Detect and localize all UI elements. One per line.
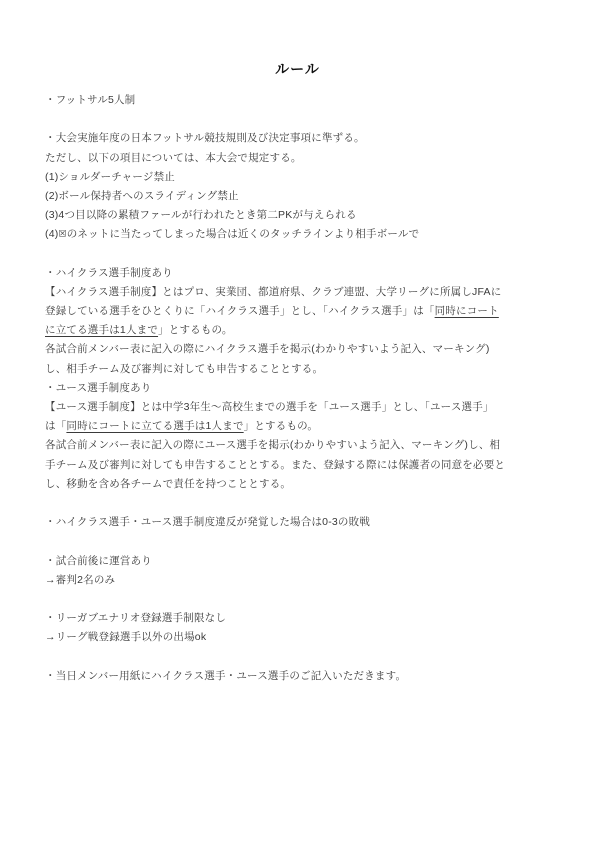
text-segment: →リーグ戦登録選手以外の出場ok (45, 631, 206, 643)
text-line: (1)ショルダーチャージ禁止 (45, 168, 555, 187)
text-segment: ・ハイクラス選手制度あり (45, 267, 173, 279)
blank-line (45, 532, 555, 551)
text-segment: は「 (45, 420, 66, 432)
text-line: 各試合前メンバー表に記入の際にハイクラス選手を掲示(わかりやすいよう記入、マーキ… (45, 340, 555, 359)
text-line: ・フットサル5人制 (45, 91, 555, 110)
text-segment: 」とするもの。 (158, 324, 232, 336)
text-line: →審判2名のみ (45, 571, 555, 590)
text-line: 【ハイクラス選手制度】とはプロ、実業団、都道府県、クラブ連盟、大学リーグに所属し… (45, 283, 555, 302)
text-line: 手チーム及び審判に対しても申告することとする。また、登録する際には保護者の同意を… (45, 456, 555, 475)
document-title: ルール (0, 59, 595, 79)
text-line: ・ハイクラス選手・ユース選手制度違反が発覚した場合は0-3の敗戦 (45, 513, 555, 532)
blank-line (45, 245, 555, 264)
text-line: に立てる選手は1人まで」とするもの。 (45, 321, 555, 340)
text-segment: のネットに当たってしまった場合は近くのタッチラインより相手ボールで (67, 228, 420, 240)
text-line: 登録している選手をひとくりに「ハイクラス選手」とし、「ハイクラス選手」は「同時に… (45, 302, 555, 321)
text-segment: 各試合前メンバー表に記入の際にハイクラス選手を掲示(わかりやすいよう記入、マーキ… (45, 343, 490, 355)
text-line: ・当日メンバー用紙にハイクラス選手・ユース選手のご記入いただきます。 (45, 667, 555, 686)
text-line: し、移動を含め各チームで責任を持つこととする。 (45, 475, 555, 494)
text-segment: →審判2名のみ (45, 574, 115, 586)
text-line: (3)4つ目以降の累積ファールが行われたとき第二PKが与えられる (45, 206, 555, 225)
text-line: し、相手チーム及び審判に対しても申告することとする。 (45, 360, 555, 379)
text-segment: し、移動を含め各チームで責任を持つこととする。 (45, 478, 291, 490)
text-segment: ・試合前後に運営あり (45, 555, 152, 567)
text-segment: ・フットサル5人制 (45, 94, 135, 106)
document-body: ・フットサル5人制・大会実施年度の日本フットサル競技規則及び決定事項に準ずる。た… (45, 91, 555, 686)
text-line: (4)☒のネットに当たってしまった場合は近くのタッチラインより相手ボールで (45, 225, 555, 244)
text-segment: (1)ショルダーチャージ禁止 (45, 171, 175, 183)
text-segment: (3)4つ目以降の累積ファールが行われたとき第二PKが与えられる (45, 209, 357, 221)
text-segment: 登録している選手をひとくりに「ハイクラス選手」とし、「ハイクラス選手」は「 (45, 305, 435, 317)
text-segment: ・リーガブエナリオ登録選手制限なし (45, 612, 226, 624)
text-segment: ・大会実施年度の日本フットサル競技規則及び決定事項に準ずる。 (45, 132, 365, 144)
text-line: ・ハイクラス選手制度あり (45, 264, 555, 283)
text-line: ・大会実施年度の日本フットサル競技規則及び決定事項に準ずる。 (45, 129, 555, 148)
text-line: ただし、以下の項目については、本大会で規定する。 (45, 149, 555, 168)
text-line: 各試合前メンバー表に記入の際にユース選手を掲示(わかりやすいよう記入、マーキング… (45, 436, 555, 455)
text-segment: し、相手チーム及び審判に対しても申告することとする。 (45, 363, 323, 375)
text-line: →リーグ戦登録選手以外の出場ok (45, 628, 555, 647)
blank-line (45, 494, 555, 513)
text-line: (2)ボール保持者へのスライディング禁止 (45, 187, 555, 206)
underlined-text: 同時にコート (435, 305, 499, 317)
text-segment: 」とするもの。 (244, 420, 318, 432)
text-segment: ・ハイクラス選手・ユース選手制度違反が発覚した場合は0-3の敗戦 (45, 516, 370, 528)
text-segment: (4) (45, 228, 58, 240)
blank-line (45, 590, 555, 609)
text-line: 【ユース選手制度】とは中学3年生〜高校生までの選手を「ユース選手」とし、「ユース… (45, 398, 555, 417)
text-segment: ・ユース選手制度あり (45, 382, 151, 394)
text-segment: 【ユース選手制度】とは中学3年生〜高校生までの選手を「ユース選手」とし、「ユース… (45, 401, 494, 413)
text-segment: (2)ボール保持者へのスライディング禁止 (45, 190, 239, 202)
missing-glyph-box: ☒ (58, 229, 66, 239)
text-segment: 手チーム及び審判に対しても申告することとする。また、登録する際には保護者の同意を… (45, 459, 505, 471)
text-line: は「同時にコートに立てる選手は1人まで」とするもの。 (45, 417, 555, 436)
underlined-text: に立てる選手は1人まで (45, 324, 158, 336)
text-segment: 各試合前メンバー表に記入の際にユース選手を掲示(わかりやすいよう記入、マーキング… (45, 439, 500, 451)
document-page: ルール ・フットサル5人制・大会実施年度の日本フットサル競技規則及び決定事項に準… (0, 0, 595, 841)
underlined-text: 同時にコートに立てる選手は1人まで (66, 420, 243, 432)
text-segment: 【ハイクラス選手制度】とはプロ、実業団、都道府県、クラブ連盟、大学リーグに所属し… (45, 286, 501, 298)
text-segment: ただし、以下の項目については、本大会で規定する。 (45, 152, 302, 164)
text-line: ・リーガブエナリオ登録選手制限なし (45, 609, 555, 628)
text-line: ・ユース選手制度あり (45, 379, 555, 398)
blank-line (45, 110, 555, 129)
blank-line (45, 647, 555, 666)
text-line: ・試合前後に運営あり (45, 552, 555, 571)
text-segment: ・当日メンバー用紙にハイクラス選手・ユース選手のご記入いただきます。 (45, 670, 406, 682)
